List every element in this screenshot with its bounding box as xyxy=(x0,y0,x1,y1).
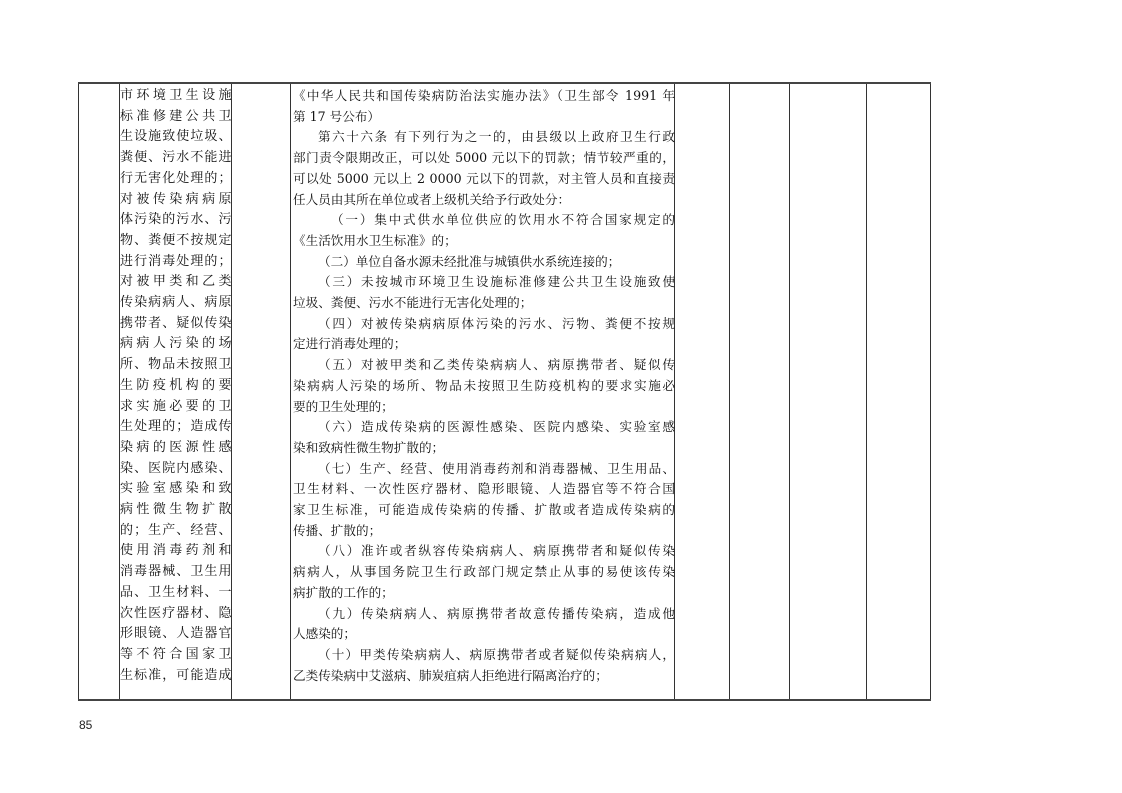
text-line: 求实施必要的卫 xyxy=(120,397,232,418)
text-line: （一）集中式供水单位供应的饮用水不符合国家规定的 xyxy=(293,210,675,231)
violation-description-cell: 市环境卫生设施标准修建公共卫生设施致使垃圾、粪便、污水不能进行无害化处理的；对被… xyxy=(120,86,232,686)
text-line: 要的卫生处理的； xyxy=(293,397,675,418)
column-divider xyxy=(290,84,291,699)
text-line: 卫生材料、一次性医疗器材、隐形眼镜、人造器官等不符合国 xyxy=(293,479,675,500)
text-line: 病病人污染的场 xyxy=(120,334,232,355)
text-line: 的；生产、经营、 xyxy=(120,521,232,542)
column-divider xyxy=(789,84,790,699)
text-line: 人感染的； xyxy=(293,624,675,645)
text-line: 部门责令限期改正，可以处 5000 元以下的罚款；情节较严重的， xyxy=(293,148,675,169)
text-line: （七）生产、经营、使用消毒药剂和消毒器械、卫生用品、 xyxy=(293,459,675,480)
text-line: 实验室感染和致 xyxy=(120,479,232,500)
text-line: 品、卫生材料、一 xyxy=(120,583,232,604)
text-line: 体污染的污水、污 xyxy=(120,210,232,231)
regulation-table: 市环境卫生设施标准修建公共卫生设施致使垃圾、粪便、污水不能进行无害化处理的；对被… xyxy=(78,82,931,701)
text-line: 市环境卫生设施 xyxy=(120,86,232,107)
text-line: 染病的医源性感 xyxy=(120,438,232,459)
text-line: 染、医院内感染、 xyxy=(120,459,232,480)
text-line: 第六十六条 有下列行为之一的，由县级以上政府卫生行政 xyxy=(293,127,675,148)
text-line: 形眼镜、人造器官 xyxy=(120,624,232,645)
text-line: 生处理的；造成传 xyxy=(120,417,232,438)
text-line: （五）对被甲类和乙类传染病病人、病原携带者、疑似传 xyxy=(293,355,675,376)
column-divider xyxy=(78,84,79,699)
text-line: 传染病病人、病原 xyxy=(120,293,232,314)
text-line: 所、物品未按照卫 xyxy=(120,355,232,376)
text-line: 第 17 号公布） xyxy=(293,107,675,128)
text-line: 对被甲类和乙类 xyxy=(120,272,232,293)
text-line: 使用消毒药剂和 xyxy=(120,541,232,562)
legal-basis-cell: 《中华人民共和国传染病防治法实施办法》（卫生部令 1991 年第 17 号公布）… xyxy=(293,86,675,686)
text-line: 染病病人污染的场所、物品未按照卫生防疫机构的要求实施必 xyxy=(293,376,675,397)
text-line: 《中华人民共和国传染病防治法实施办法》（卫生部令 1991 年 xyxy=(293,86,675,107)
text-line: （九）传染病病人、病原携带者故意传播传染病，造成他 xyxy=(293,604,675,625)
text-line: 次性医疗器材、隐 xyxy=(120,604,232,625)
text-line: 可以处 5000 元以上 2 0000 元以下的罚款，对主管人员和直接责 xyxy=(293,169,675,190)
text-line: 消毒器械、卫生用 xyxy=(120,562,232,583)
text-line: 进行消毒处理的； xyxy=(120,252,232,273)
column-divider xyxy=(866,84,867,699)
text-line: 携带者、疑似传染 xyxy=(120,314,232,335)
text-line: 定进行消毒处理的； xyxy=(293,334,675,355)
text-line: 《生活饮用水卫生标准》的； xyxy=(293,231,675,252)
text-line: 病扩散的工作的； xyxy=(293,583,675,604)
text-line: 垃圾、粪便、污水不能进行无害化处理的； xyxy=(293,293,675,314)
text-line: 对被传染病病原 xyxy=(120,190,232,211)
text-line: （八）准许或者纵容传染病病人、病原携带者和疑似传染 xyxy=(293,541,675,562)
text-line: 行无害化处理的； xyxy=(120,169,232,190)
text-line: （十）甲类传染病病人、病原携带者或者疑似传染病病人， xyxy=(293,645,675,666)
text-line: （二）单位自备水源未经批准与城镇供水系统连接的； xyxy=(293,252,675,273)
text-line: 任人员由其所在单位或者上级机关给予行政处分： xyxy=(293,190,675,211)
text-line: 生设施致使垃圾、 xyxy=(120,127,232,148)
text-line: 家卫生标准，可能造成传染病的传播、扩散或者造成传染病的 xyxy=(293,500,675,521)
text-line: 标准修建公共卫 xyxy=(120,107,232,128)
column-divider xyxy=(930,84,931,699)
text-line: （四）对被传染病病原体污染的污水、污物、粪便不按规 xyxy=(293,314,675,335)
text-line: 等不符合国家卫 xyxy=(120,645,232,666)
text-line: 乙类传染病中艾滋病、肺炭疽病人拒绝进行隔离治疗的； xyxy=(293,666,675,687)
text-line: 生标准，可能造成 xyxy=(120,666,232,687)
text-line: 染和致病性微生物扩散的； xyxy=(293,438,675,459)
text-line: 物、粪便不按规定 xyxy=(120,231,232,252)
text-line: 生防疫机构的要 xyxy=(120,376,232,397)
text-line: 病性微生物扩散 xyxy=(120,500,232,521)
text-line: （三）未按城市环境卫生设施标准修建公共卫生设施致使 xyxy=(293,272,675,293)
text-line: 传播、扩散的； xyxy=(293,521,675,542)
text-line: （六）造成传染病的医源性感染、医院内感染、实验室感 xyxy=(293,417,675,438)
column-divider xyxy=(729,84,730,699)
page-number: 85 xyxy=(79,718,92,732)
text-line: 病病人，从事国务院卫生行政部门规定禁止从事的易使该传染 xyxy=(293,562,675,583)
text-line: 粪便、污水不能进 xyxy=(120,148,232,169)
